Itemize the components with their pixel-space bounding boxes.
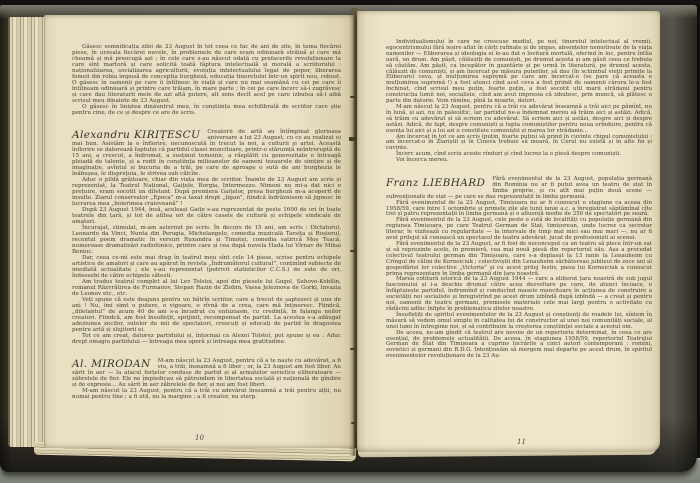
- paragraph: Individualismului în care ne crescuse me…: [386, 40, 652, 105]
- page-number: 11: [357, 438, 660, 446]
- left-page: Găsesc semnificația zilei de 23 August î…: [44, 15, 354, 448]
- stitch-mark: [349, 137, 357, 141]
- open-book-photo: Găsesc semnificația zilei de 23 August î…: [0, 0, 700, 483]
- paragraph: Fără evenimentul de la 23 August, ar fi …: [386, 242, 652, 277]
- paragraph: Tot ce am creat, datorez partidului și, …: [72, 333, 341, 345]
- page-number: 10: [45, 434, 354, 442]
- paragraph: Am încercat în tot ce am scris (puțin, f…: [386, 135, 652, 153]
- author-section-kiritescu: Alexandru KIRIȚESCUCreatorii de artă au …: [72, 129, 341, 177]
- stitch-mark: [350, 250, 356, 252]
- paragraph: Încurajat, stimulat, m-am așternut pe sc…: [72, 225, 341, 255]
- page-edges-stack: [8, 17, 47, 447]
- paragraph: Fără evenimentul de la 23 August, Timișo…: [386, 201, 652, 219]
- author-name: Alexandru KIRIȚESCU: [72, 130, 200, 141]
- stitch-mark: [351, 422, 357, 424]
- paragraph: M-am născut la 23 August, pentru că a tr…: [386, 105, 652, 135]
- paragraph: Voi încerca mereu.: [386, 158, 652, 164]
- left-page-text: Găsesc semnificația zilei de 23 August î…: [72, 44, 341, 400]
- paragraph: De aceea, ne-am gîndit că teatrul are ne…: [386, 331, 652, 361]
- author-section-mirodan: Al. MIRODANM-am născut la 23 August, pen…: [72, 358, 341, 388]
- paragraph: Veți spune că este deajuns pentru un băt…: [72, 297, 341, 333]
- author-section-liebhard: Franz LIEBHARDFără evenimentul de la 23 …: [386, 177, 652, 201]
- paragraph: Fără evenimentul de la 23 August, cele p…: [386, 218, 652, 242]
- paragraph: Am tradus teatrul complet al lui Lev Tol…: [72, 279, 341, 297]
- right-page: Individualismului în care ne crescuse me…: [357, 11, 660, 452]
- stitch-mark: [350, 348, 356, 350]
- paragraph: O găsesc în liniștea dinăuntrul meu, în …: [72, 104, 341, 116]
- paragraph: Însuflețiți de spiritul evenimentelor de…: [386, 313, 652, 331]
- stitch-mark: [350, 96, 356, 98]
- paragraph: După 23 August 1944, însă, aceleași Gaiț…: [72, 207, 341, 225]
- paragraph: Dar, ceea ce-mi este mai drag în teatrul…: [72, 255, 341, 279]
- book-gutter: [349, 8, 359, 456]
- paragraph: Aduc o pildă grăitoare, chiar din viața …: [72, 177, 341, 207]
- paragraph: Găsesc semnificația zilei de 23 August î…: [72, 44, 341, 104]
- paragraph: Marea cotitură istorică de la 23 August …: [386, 277, 652, 312]
- paragraph: M-am născut la 23 August, pentru că a tr…: [72, 388, 341, 400]
- author-name: Franz LIEBHARD: [386, 178, 485, 189]
- author-name: Al. MIRODAN: [72, 359, 151, 370]
- right-page-text: Individualismului în care ne crescuse me…: [386, 40, 652, 360]
